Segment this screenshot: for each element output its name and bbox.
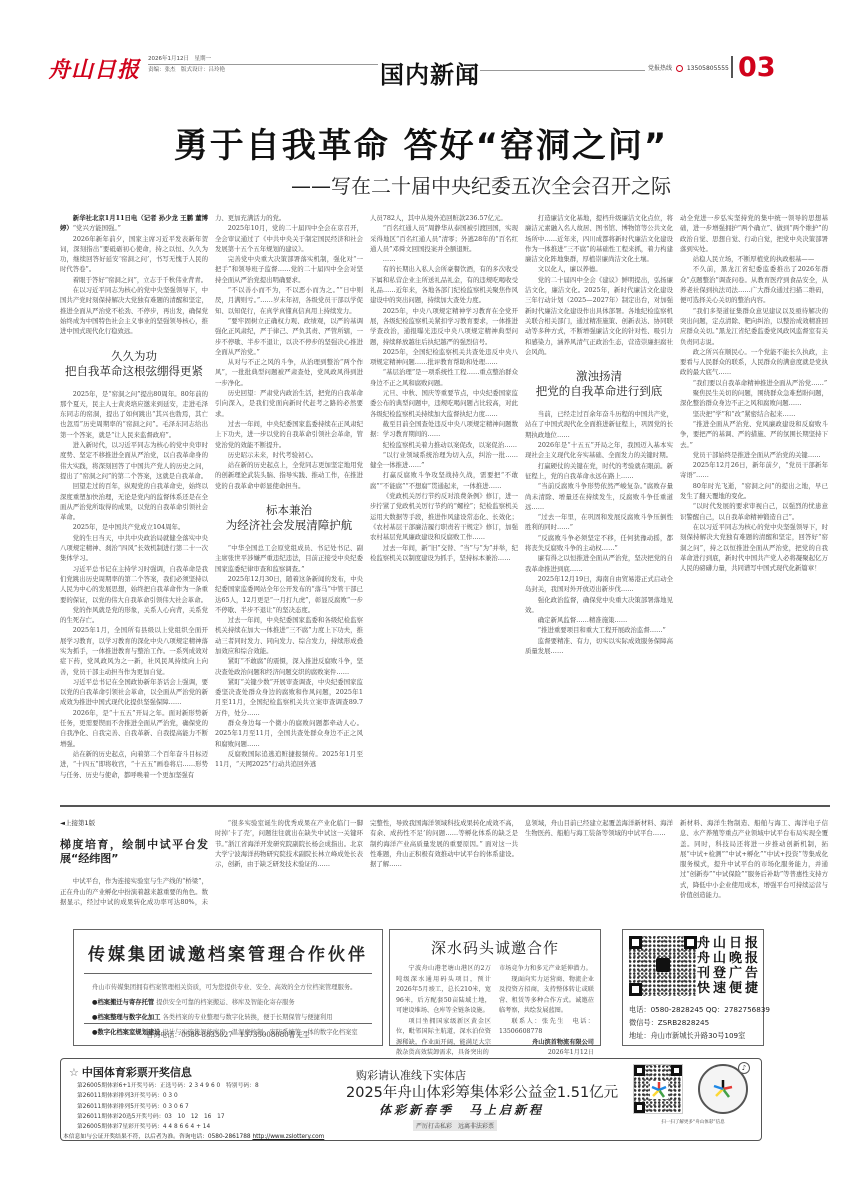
masthead-meta: 2026年1月12日 星期一 责编：张杰 版式设计：吕玲艳	[148, 54, 225, 76]
wharf-ad: 深水码头诚邀合作 宁波舟山港老塘山港区的2万吨级深水通用码头项目，预计2026年…	[389, 929, 601, 1046]
paragraph: 回望走过的百年，纵观党的自我革命史，始终以深度重塑加快治理，无论是党内的监督体系…	[60, 481, 208, 522]
paragraph: 宁波舟山港老塘山港区的2万吨级深水通用码头项目，预计2026年5月竣工，总长21…	[396, 964, 491, 1017]
lottery-results: 第26005期体彩6+1开奖号码：正选号码：2 3 4 9 6 0 特别号码：8…	[77, 1081, 259, 1132]
lottery-title: ☆中国体育彩票开奖信息	[69, 1064, 192, 1080]
archive-ad: 传媒集团诚邀档案管理合作伙伴 舟山市传媒集团拥有档案管理相关资质，可为您提供专业…	[73, 929, 383, 1046]
paragraph: 紧盯“关键少数”开展审查调查，中央纪委国家监委坚决查处群众身边的腐败和作风问题，…	[215, 677, 363, 718]
paragraph: 坚决把“学”和“改”紧密结合起来……	[680, 409, 828, 419]
paragraph: “推进全面从严治党、党风廉政建设和反腐败斗争，要把严的基调、严的措施、严的氛围长…	[680, 419, 828, 450]
paragraph: 进入新时代，以习近平同志为核心的党中央审时度势、坚定不移推进全面从严治党，以自我…	[60, 440, 208, 481]
section-title: 国内新闻	[380, 55, 480, 90]
paragraph: 完善党中央重大决策部署落实机制，强化对“一把手”和领导班子监督……党的二十届四中…	[215, 254, 363, 285]
subheading-1: 久久为功 把自我革命这根弦绷得更紧	[60, 349, 208, 379]
main-headline: 勇于自我革命 答好“窑洞之问”	[0, 118, 842, 167]
paragraph: 2025年12月19日，海南自由贸易港正式启动全岛封关，我国对外开放迈出新步伐……	[525, 574, 673, 595]
subheading-2: 标本兼治 为经济社会发展清障护航	[215, 503, 363, 533]
lower-article-column-4: 息领域，舟山目前已经建立起覆盖海洋新材料、海洋生物医药、船舶与海工装备等领域的中…	[525, 818, 673, 908]
paragraph: 有的长期出入私人会所豪餐饮酒，有的多次收受下属和私营企业主所送礼品礼金，有的违规…	[370, 264, 518, 305]
archive-ad-title: 传媒集团诚邀档案管理合作伙伴	[84, 930, 372, 974]
paragraph: 打赢反腐败斗争攻坚战持久战，需要把“不敢腐”“不能腐”“不想腐”贯通起来，一体推…	[370, 470, 518, 491]
masthead-rule	[148, 64, 378, 65]
lower-article-column-3: 完整性，导致我国海洋领域科技成果转化成效不高，有余、成药性不足’的问题……等孵化…	[370, 818, 518, 908]
paragraph: 纪检监察机关着力推动以案促改，以案促治……	[370, 440, 518, 450]
phone-icon	[676, 65, 683, 72]
paragraph: 站在新的历史起点，向着第二个百年奋斗目标迈进，“十四五”即将收官，“十五五”画卷…	[60, 749, 208, 780]
lottery-result-line: 第26011期体彩20选5开奖号码：03 10 12 16 17	[77, 1112, 259, 1122]
paragraph: “基层治理”是一项系统性工程……重点整治群众身边不正之风和腐败问题。	[370, 367, 518, 388]
item-label: ●档案整理与数字化加工	[92, 1014, 160, 1021]
wechat-qr-code[interactable]	[629, 936, 697, 996]
paragraph: 新材料、海洋生物制造、船舶与海工、海洋电子信息、水产养殖等重点产业领域中试平台布…	[680, 818, 828, 900]
qr-finder	[634, 1065, 645, 1076]
paragraph: 在以习近平同志为核心的党中央坚强领导下，中国共产党时刻保持解决大党独有难题的清醒…	[60, 285, 208, 336]
paragraph: 习近平总书记在全国政协新年茶话会上强调，要以党的自我革命引领社会革命，以全面从严…	[60, 677, 208, 708]
article-column-2: 力、更加充满活力的党。 2025年10月，党的二十届四中全会在京召开，全会审议通…	[215, 213, 363, 781]
archive-ad-contact: 咨询电话：0580-8833027 13735008080曹先生	[84, 1023, 372, 1045]
ad-wechat: 微信号：ZSRB2828245	[629, 1016, 770, 1029]
lottery-disclaimer: 本信息如与公证开奖结果不符，以后者为准。咨询电话：0580-2861788 ht…	[63, 1131, 324, 1140]
lottery-result-line: 第26011期体彩排列3开奖号码：0 3 0	[77, 1091, 259, 1101]
paragraph: 反腐败国际追逃追赃捷报频传。2025年1月至11月，“天网2025”行动共追回外…	[215, 749, 363, 770]
paragraph: 监督要精准、有力，切实以实际成效服务保障高质量发展……	[525, 636, 673, 657]
paragraph: 2025年，全国纪检监察机关共查处违反中央八项规定精神问题……批评教育帮助和处理…	[370, 347, 518, 368]
star-icon: ☆	[69, 1066, 79, 1079]
paragraph: 群众身边每一个微小的腐败问题都牵动人心。2025年1月至11月，全国共查处群众身…	[215, 718, 363, 749]
lottery-result-line: 第26011期体彩排列5开奖号码：0 3 0 6 7	[77, 1102, 259, 1112]
paragraph: “以行业领域系统治理为切入点，纠治一批……健全一体推进……”	[370, 450, 518, 471]
subheading-line: 把自我革命这根弦绷得更紧	[60, 364, 208, 379]
hotline-label: 党报热线	[648, 65, 672, 72]
douyin-qr-code[interactable]: ♪	[698, 1064, 748, 1114]
qr-finder	[671, 1065, 682, 1076]
paragraph: 2026年，是“十五五”开局之年。面对新形势新任务，更需要锲而不舍推进全面从严治…	[60, 708, 208, 749]
disclaimer-text: 本信息如与公证开奖结果不符，以后者为准。咨询电话：0580-2861788	[63, 1134, 251, 1140]
wharf-company: 舟山滨首物流有限公司	[499, 1038, 594, 1049]
subheading-line: 标本兼治	[215, 503, 363, 518]
paragraph: “过去一年里，在巩固和发展反腐败斗争压倒性胜利的同时……”	[525, 512, 673, 533]
paragraph: 2025年12月26日，新年前夕，“党员干部新年寄语”……	[680, 460, 828, 481]
subheading-line: 激浊扬清	[525, 369, 673, 384]
hotline: 党报热线 13505805555	[648, 63, 729, 72]
paragraph: 从对与不正之风的斗争，从治理到整治“两个作风”，一批批典型问题被严肃查处，党风政…	[215, 357, 363, 388]
wharf-date: 2026年1月12日	[499, 1048, 594, 1059]
archive-ad-item: ●档案搬迁与寄存托管 提供安全可靠的档案搬运、移库及智能化寄存服务	[92, 997, 364, 1006]
paragraph: 历史昭示未来，时代考验初心。	[215, 450, 363, 460]
sports-lottery-logo-icon	[648, 1079, 670, 1101]
paragraph: 80年时光飞逝，“窑洞之问”的提出之地，早已发生了翻天覆地的变化。	[680, 481, 828, 502]
lottery-result-line: 第26005期体彩6+1开奖号码：正选号码：2 3 4 9 6 0 特别号码：8	[77, 1081, 259, 1091]
ad-address: 地址：舟山市新城长升路30号109室	[629, 1029, 770, 1042]
paragraph: 2025年12月30日，随着这条新闻的发布，中央纪委国家监委网站全年公开发布的“…	[215, 574, 363, 615]
paragraph: 2025年，中央八项规定精神学习教育在全党开展，各级纪检监察机关紧扣学习教育要求…	[370, 306, 518, 347]
article-column-4: 打造廉洁文化基地，提档升级廉洁文化点位，将廉洁元素融入名人故居、图书馆、博物馆等…	[525, 213, 673, 781]
paragraph: 历史回望：严肃党内政治生活，把党的自我革命引向深入，是我们党面向新时代赶考之路的…	[215, 388, 363, 419]
masthead-rule-right	[480, 70, 645, 71]
paragraph: 人员782人，其中从境外追回赃款236.57亿元。	[370, 213, 518, 223]
wechat-icon	[656, 958, 670, 972]
slogan-line: 快速便捷	[697, 981, 761, 996]
lower-article-column-2: “很多实验室诞生的优秀成果在产业化临门一脚时掉‘卡了壳’，问题往往就出在缺失中试…	[215, 818, 363, 908]
paragraph: “很多实验室诞生的优秀成果在产业化临门一脚时掉‘卡了壳’，问题往往就出在缺失中试…	[215, 818, 363, 869]
paragraph: 现面向实力运营商、物流企业及投资方招商，支持整体转让或联营、租赁等多种合作方式。…	[499, 975, 594, 1017]
paragraph: 确定新风监督……精准施策……	[525, 615, 673, 625]
newspaper-ad-info: 电话：0580-2828245 QQ：2782756839 微信号：ZSRB28…	[629, 1003, 770, 1042]
qr-caption: 扫一扫了解更多“舟山体彩”信息	[633, 1119, 753, 1125]
archive-ad-intro: 舟山市传媒集团拥有档案管理相关资质，可为您提供专业、安全、高效的全方位档案管理服…	[92, 982, 364, 991]
qr-finder	[629, 983, 642, 996]
paragraph: 党的生日当天，中共中央政治局就健全落实中央八项规定精神、刹治“四风”长效机制进行…	[60, 533, 208, 564]
paragraph: 廉有得之以恒推进全面从严治党，坚决把党的自我革命推进到底……	[525, 553, 673, 574]
sub-headline: ——写在二十届中央纪委五次全会召开之际	[0, 170, 842, 199]
paragraph: 文以化人，廉以养德。	[525, 264, 673, 274]
ellipsis: ……	[370, 254, 518, 264]
paragraph: 2026年是“十五五”开局之年，我国迈入基本实现社会主义现代化夯实基础、全面发力…	[525, 440, 673, 461]
paragraph: 2025年1月，全国所有县级以上党组织全面开展学习教育，以学习教育的深化中央八项…	[60, 625, 208, 676]
paragraph: 习近平总书记在主持学习时强调，自我革命是我们党跳出历史周期率的第二个答案，我们必…	[60, 564, 208, 605]
article-column-3: 人员782人，其中从境外追回赃款236.57亿元。 “百名红通人员”周静华从泰国…	[370, 213, 518, 781]
paragraph: 站在新的历史起点上，全党同志更加坚定地用党的创新理论武装头脑、指导实践、推动工作…	[215, 460, 363, 491]
lower-article-column-1: ◄上接第1版 梯度培育，绘制中试平台发展“经纬图” 中试平台，作为连接实验室与生…	[60, 818, 208, 908]
item-label: ●档案搬迁与寄存托管	[92, 999, 154, 1006]
lottery-box: ☆中国体育彩票开奖信息 第26005期体彩6+1开奖号码：正选号码：2 3 4 …	[60, 1058, 762, 1141]
paragraph: 站稳人民立场，不断厚植党的执政根基——	[680, 254, 828, 264]
paragraph: 党员干部始终是推进全面从严治党的关键……	[680, 450, 828, 460]
subheading-line: 把党的自我革命进行到底	[525, 384, 673, 399]
paragraph: 不久前，黑龙江省纪委监委推出了2026年群众“点题整治”调查问卷。从教育医疗到食…	[680, 264, 828, 305]
continued-label: ◄上接第1版	[60, 818, 208, 828]
page-number: 03	[738, 52, 776, 83]
qr-finder	[684, 936, 697, 949]
paragraph: “推进重要项目和重大工程开展政治监督……”	[525, 625, 673, 635]
paragraph: “我们多渠道征集群众意见建议以及亟待解决的突出问题，定点清除、靶向纠治，以整治成…	[680, 306, 828, 347]
qr-finder	[634, 1102, 645, 1113]
paragraph: 中试平台，作为连接实验室与生产线的“桥梁”，正在舟山的产业孵化中扮演着越来越重要…	[60, 876, 208, 908]
sports-lottery-logo-icon	[712, 1078, 734, 1100]
article-column-5: 动全党进一步弘实坚持党的集中统一领导的思想基础，进一步增强拥护“两个确立”、做到…	[680, 213, 828, 781]
paragraph: 元旦、中秋、国庆等重要节点，中央纪委国家监委公布的典型问题中，违规吃喝问题占比较…	[370, 388, 518, 419]
item-desc: 各类档案的专业整理与数字化转换，便于长期保管与便捷利用	[162, 1014, 332, 1021]
paragraph: 党的二十届四中全会《建议》鲜明提出，弘扬廉洁文化，廉洁文化。2025年，新时代廉…	[525, 275, 673, 357]
newspaper-logo: 舟山日报	[48, 53, 140, 84]
paragraph: “党兴方能国强。”	[73, 224, 121, 232]
paragraph: 完整性，导致我国海洋领域科技成果转化成效不高，有余、成药性不足’的问题……等孵化…	[370, 818, 518, 869]
paragraph: 在以习近平同志为核心的党中央坚强领导下，时刻保持解决大党独有难题的清醒和坚定，回…	[680, 522, 828, 573]
lottery-qr-code[interactable]	[633, 1064, 683, 1114]
page-number-divider	[731, 56, 733, 78]
paragraph: “百名红通人员”周静华从泰国被引渡回国，实现采得地区“百名红通人员”清零；外逃2…	[370, 223, 518, 254]
douyin-icon: ♪	[738, 1062, 750, 1074]
paragraph: 2026年新年前夕，国家主席习近平发表新年贺词，深刻指出“要砥砺初心使命，持之以…	[60, 234, 208, 275]
paragraph: “反腐败斗争必须坚定不移，任何犹豫动摇，都将丧失反腐败斗争的主动权……”	[525, 533, 673, 554]
ad-phone: 电话：0580-2828245 QQ：2782756839	[629, 1003, 770, 1016]
archive-ad-item: ●档案整理与数字化加工 各类档案的专业整理与数字化转换，便于长期保管与便捷利用	[92, 1012, 364, 1021]
wharf-ad-column-2: 市场竞争力和多元产业延伸潜力。 现面向实力运营商、物流企业及投资方招商，支持整体…	[499, 964, 594, 1059]
section-divider	[60, 805, 830, 807]
paragraph: “不以善小而不为，不以恶小而为之。”“日中则昃，月满则亏。”……岁末年初，各级党…	[215, 285, 363, 316]
subheading-line: 久久为功	[60, 349, 208, 364]
lottery-website-link[interactable]: http://www.zslottery.com	[252, 1134, 324, 1140]
paragraph: 动全党进一步弘实坚持党的集中统一领导的思想基础，进一步增强拥护“两个确立”、做到…	[680, 213, 828, 254]
paragraph: “要牢固树立正确权力观、政绩观，以严的基调强化正风肃纪，严于律己、严负其责、严管…	[215, 316, 363, 357]
slogan-line: 刊登广告	[697, 966, 761, 981]
paragraph: 过去一年间，中央纪委国家监委和各级纪检监察机关持续在加大一体推进“三不腐”力度上…	[215, 615, 363, 656]
lottery-slogan-2: 2025年舟山体彩筹集体彩公益金1.51亿元	[346, 1081, 618, 1102]
paragraph: 截至目前全国查处违反中央八项规定精神问题数据：学习教育期间的……	[370, 419, 518, 440]
paragraph: 政之所兴在顺民心。一个党能不能长久执政，主要看与人民群众的联系，人民群众的满意度…	[680, 347, 828, 378]
paragraph: 打赢硬仗的关键在党，时代的考验就在眼前。新征程上，党的自我革命永远在路上……	[525, 461, 673, 482]
editors-credit: 责编：张杰 版式设计：吕玲艳	[148, 65, 225, 76]
paragraph: 紧盯“不敢腐”的震慑，深入推进反腐败斗争，坚决查处政治问题和经济问题交织的腐败案…	[215, 656, 363, 677]
paragraph: “中华全国总工会原党组成员、书记处书记、副主席张世平涉嫌严重违纪违法，目前正接受…	[215, 543, 363, 574]
lottery-title-text: 中国体育彩票开奖信息	[82, 1066, 192, 1079]
paragraph: 《党政机关厉行节约反对浪费条例》修订，进一步拧紧了党政机关厉行节约的“螺栓”；纪…	[370, 491, 518, 542]
lower-article-title: 梯度培育，绘制中试平台发展“经纬图”	[60, 838, 208, 866]
paragraph: 2025年10月，党的二十届四中全会在京召开，全会审议通过了《中共中央关于制定国…	[215, 223, 363, 254]
wharf-ad-title: 深水码头诚邀合作	[390, 930, 600, 958]
qr-finder	[629, 936, 642, 949]
hotline-number: 13505805555	[687, 65, 729, 72]
slogan-line: 舟山晚报	[697, 951, 761, 966]
paragraph: “以时代发展的要求审视自己，以强烈的忧患意识警醒自己，以自我革命精神锻造自己”。	[680, 501, 828, 522]
paragraph: 息领域，舟山目前已经建立起覆盖海洋新材料、海洋生物医药、船舶与海工装备等领域的中…	[525, 818, 673, 839]
paragraph: 市场竞争力和多元产业延伸潜力。	[499, 964, 594, 975]
newspaper-ad-slogan: 舟山日报 舟山晚报 刊登广告 快速便捷	[697, 936, 761, 996]
article-column-1: 新华社北京1月11日电（记者 孙少龙 王鹏 董博婷）“党兴方能国强。” 2026…	[60, 213, 208, 781]
paragraph: 2025年，是“窑洞之问”提出80周年。80年前的那个夏天，民主人士黄炎培应邀来…	[60, 389, 208, 440]
subheading-line: 为经济社会发展清障护航	[215, 518, 363, 533]
paragraph: 过去一年间，新“旧”交替、“当”与“为”并举，纪检监察机关以制度建设为抓手，坚持…	[370, 543, 518, 564]
lower-article-column-5: 新材料、海洋生物制造、船舶与海工、海洋电子信息、水产养殖等重点产业领域中试平台布…	[680, 818, 828, 908]
paragraph: 力、更加充满活力的党。	[215, 213, 363, 223]
paragraph: “当前反腐败斗争形势依然严峻复杂。”腐败存量尚未清除、增量还在持续发生，反腐败斗…	[525, 481, 673, 512]
wharf-contact: 联系人：张先生 电话：13506608778	[499, 1017, 594, 1038]
paragraph: 当前，已经走过百余年奋斗历程的中国共产党，站在了中国式现代化全面推进新征程上，巩…	[525, 409, 673, 440]
lottery-warning-badge: 严厉打击私彩 远离非法彩票	[413, 1120, 497, 1131]
item-desc: 提供安全可靠的档案搬运、移库及智能化寄存服务	[156, 999, 295, 1006]
paragraph: 聚焦民生关切的问题，围绕群众急难愁盼问题，深化整治群众身边不正之风和腐败问题……	[680, 388, 828, 409]
paragraph: 项目坐拥国家级新区黄金区位，毗邻国际主航道，深水泊位资源稀缺，作业面开阔，能满足…	[396, 1017, 491, 1059]
paragraph: 2025年，是中国共产党成立104周年。	[60, 522, 208, 532]
paragraph: 打造廉洁文化基地，提档升级廉洁文化点位，将廉洁元素融入名人故居、图书馆、博物馆等…	[525, 213, 673, 264]
paragraph: 着眼于答好“窑洞之问”，立志于千秋伟业背青。	[60, 275, 208, 285]
paragraph: 过去一年间，中央纪委国家监委持续在正风肃纪上下功夫，进一步以党的自我革命引领社会…	[215, 419, 363, 450]
newspaper-ad: 舟山日报 舟山晚报 刊登广告 快速便捷 电话：0580-2828245 QQ：2…	[622, 929, 764, 1046]
paragraph: 党的作风就是党的形象，关系人心向背，关系党的生死存亡。	[60, 605, 208, 626]
wharf-ad-column-1: 宁波舟山港老塘山港区的2万吨级深水通用码头项目，预计2026年5月竣工，总长21…	[396, 964, 491, 1059]
lottery-slogan-3: 体彩新春季 马上启新程	[379, 1101, 544, 1118]
paragraph: 强化政治监督，确保党中央重大决策部署落地见效。	[525, 595, 673, 616]
slogan-line: 舟山日报	[697, 936, 761, 951]
paragraph: “我们要以自我革命精神推进全面从严治党……”	[680, 378, 828, 388]
subheading-3: 激浊扬清 把党的自我革命进行到底	[525, 369, 673, 399]
